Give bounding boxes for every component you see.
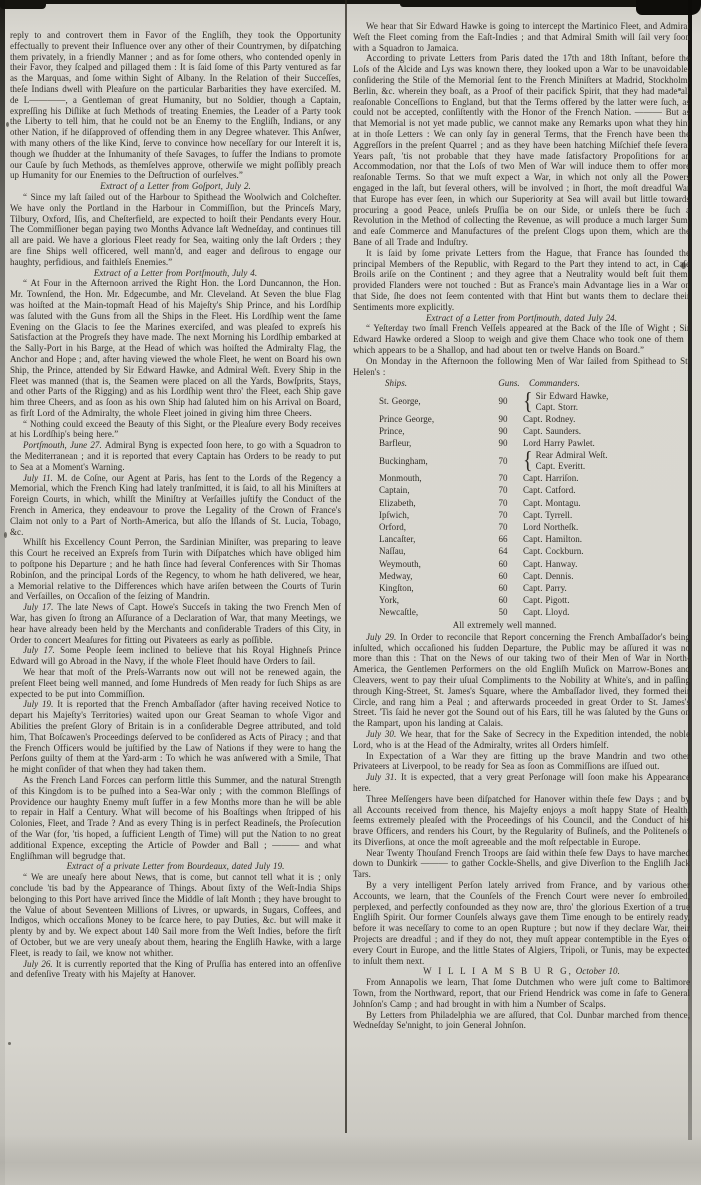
paragraph: In Expectation of a War they are fitting… — [353, 751, 690, 773]
ship-name: Medway, — [353, 571, 483, 582]
commander-lines: Lord Northeſk. — [523, 522, 578, 533]
commander-name: Capt. Everitt. — [536, 461, 608, 472]
commander-name: Capt. Parry. — [523, 583, 567, 594]
paragraph: We hear that moſt of the Preſs-Warrants … — [10, 667, 341, 699]
ship-name: Orford, — [353, 522, 483, 533]
letter-extract-heading: Extract of a Letter from Portſmouth, dat… — [353, 313, 690, 324]
commander-lines: Capt. Lloyd. — [523, 607, 569, 618]
commander-lines: Capt. Tyrrell. — [523, 510, 572, 521]
scan-edge-left — [0, 0, 5, 1185]
paragraph: July 19. It is reported that the French … — [10, 699, 341, 775]
paragraph: July 17. The late News of Capt. Howe's S… — [10, 602, 341, 645]
brace-glyph: { — [523, 449, 533, 473]
scan-blob-top-left — [0, 0, 46, 9]
table-row: Monmouth,70Capt. Harriſon. — [353, 473, 690, 484]
ship-guns: 90 — [483, 426, 523, 437]
letter-extract-heading: Extract of a private Letter from Bourdea… — [10, 861, 341, 872]
commanders-column-header: Commanders. — [529, 378, 690, 389]
ship-name: Lancaſter, — [353, 534, 483, 545]
ship-commanders: Capt. Cockburn. — [523, 546, 690, 557]
commander-lines: Capt. Parry. — [523, 583, 567, 594]
table-row: Newcaſtle,50Capt. Lloyd. — [353, 607, 690, 618]
table-row: Prince,90Capt. Saunders. — [353, 426, 690, 437]
commander-name: Lord Harry Pawlet. — [523, 438, 595, 449]
commander-name: Capt. Pigott. — [523, 595, 570, 606]
ship-guns: 70 — [483, 485, 523, 496]
commander-lines: Capt. Hamilton. — [523, 534, 582, 545]
paragraph: It is ſaid by ſome private Letters from … — [353, 248, 690, 313]
ship-name: Prince George, — [353, 414, 483, 425]
ship-guns: 70 — [483, 522, 523, 533]
commander-lines: Lord Harry Pawlet. — [523, 438, 595, 449]
date-lead: July 19. — [23, 699, 57, 709]
newspaper-page: reply to and controvert them in Favor of… — [0, 0, 701, 1185]
commander-lines: Capt. Harriſon. — [523, 473, 579, 484]
commander-name: Sir Edward Hawke, — [536, 391, 609, 402]
ship-commanders: {Rear Admiral Weſt.Capt. Everitt. — [523, 450, 690, 472]
ship-name: York, — [353, 595, 483, 606]
ship-guns: 90 — [483, 396, 523, 407]
ship-name: Barfleur, — [353, 438, 483, 449]
letter-extract-heading: Extract of a Letter from Portſmouth, Jul… — [10, 268, 341, 279]
ship-guns: 70 — [483, 510, 523, 521]
left-column: reply to and controvert them in Favor of… — [10, 30, 341, 980]
table-row: York,60Capt. Pigott. — [353, 595, 690, 606]
paragraph: July 11. M. de Coſne, our Agent at Paris… — [10, 473, 341, 538]
table-row: Prince George,90Capt. Rodney. — [353, 414, 690, 425]
table-header-row: Ships.Guns.Commanders. — [353, 378, 690, 389]
commander-lines: Capt. Hanway. — [523, 559, 577, 570]
ship-guns: 60 — [483, 571, 523, 582]
paragraph: “ Nothing could exceed the Beauty of thi… — [10, 419, 341, 441]
commander-name: Capt. Lloyd. — [523, 607, 569, 618]
commander-name: Capt. Hamilton. — [523, 534, 582, 545]
table-row: Buckingham,70{Rear Admiral Weſt.Capt. Ev… — [353, 450, 690, 472]
ship-name: Captain, — [353, 485, 483, 496]
paragraph: “ Yeſterday two ſmall French Veſſels app… — [353, 323, 690, 355]
ship-commanders: Lord Northeſk. — [523, 522, 690, 533]
ship-guns: 60 — [483, 559, 523, 570]
paragraph: July 29. In Order to reconcile that Repo… — [353, 632, 690, 729]
scan-shadow-bottom — [0, 1135, 701, 1185]
commander-name: Capt. Catford. — [523, 485, 576, 496]
ship-guns: 90 — [483, 438, 523, 449]
paragraph: Three Meſſengers have been diſpatched fo… — [353, 794, 690, 848]
table-row: Weymouth,60Capt. Hanway. — [353, 559, 690, 570]
commander-name: Rear Admiral Weſt. — [536, 450, 608, 461]
commander-lines: Capt. Dennis. — [523, 571, 574, 582]
ship-commanders: Capt. Saunders. — [523, 426, 690, 437]
commander-name: Capt. Harriſon. — [523, 473, 579, 484]
ship-commanders: Capt. Rodney. — [523, 414, 690, 425]
paragraph: From Annapolis we learn, That ſome Dutch… — [353, 977, 690, 1009]
commander-lines: Capt. Catford. — [523, 485, 576, 496]
ship-commanders: Capt. Catford. — [523, 485, 690, 496]
ship-name: Naſſau, — [353, 546, 483, 557]
date-lead: July 11. — [23, 473, 57, 483]
ship-guns: 60 — [483, 583, 523, 594]
ship-name: Kingſton, — [353, 583, 483, 594]
paragraph: July 31. It is expected, that a very gre… — [353, 772, 690, 794]
dateline-date: October 10. — [573, 966, 620, 976]
ship-commanders: Capt. Dennis. — [523, 571, 690, 582]
date-lead: July 31. — [366, 772, 401, 782]
paragraph: Whilſt his Excellency Count Perron, the … — [10, 537, 341, 602]
ship-commanders: Capt. Lloyd. — [523, 607, 690, 618]
ship-commanders: Capt. Harriſon. — [523, 473, 690, 484]
commander-name: Capt. Rodney. — [523, 414, 575, 425]
paragraph: July 17. Some People ſeem inclined to be… — [10, 645, 341, 667]
paragraph: July 26. It is currently reported that t… — [10, 959, 341, 981]
ship-commanders: Lord Harry Pawlet. — [523, 438, 690, 449]
date-lead: July 17. — [23, 645, 60, 655]
date-lead: July 26. — [23, 959, 56, 969]
ship-guns: 90 — [483, 414, 523, 425]
ship-commanders: Capt. Montagu. — [523, 498, 690, 509]
ship-guns: 50 — [483, 607, 523, 618]
commander-name: Lord Northeſk. — [523, 522, 578, 533]
commander-lines: Capt. Cockburn. — [523, 546, 584, 557]
table-row: Ipſwich,70Capt. Tyrrell. — [353, 510, 690, 521]
table-row: Lancaſter,66Capt. Hamilton. — [353, 534, 690, 545]
ship-name: Buckingham, — [353, 456, 483, 467]
table-row: Kingſton,60Capt. Parry. — [353, 583, 690, 594]
table-footer: All extremely well manned. — [353, 620, 690, 631]
ship-guns: 66 — [483, 534, 523, 545]
ship-name: Ipſwich, — [353, 510, 483, 521]
commander-lines: Capt. Montagu. — [523, 498, 581, 509]
ship-commanders: Capt. Pigott. — [523, 595, 690, 606]
table-row: Orford,70Lord Northeſk. — [353, 522, 690, 533]
ship-commanders: Capt. Tyrrell. — [523, 510, 690, 521]
ship-name: Weymouth, — [353, 559, 483, 570]
paragraph: Portſmouth, June 27. Admiral Byng is exp… — [10, 440, 341, 472]
ship-name: Monmouth, — [353, 473, 483, 484]
ink-speck — [8, 1042, 11, 1045]
ship-commanders: {Sir Edward Hawke,Capt. Storr. — [523, 391, 690, 413]
paragraph: “ Since my laſt ſailed out of the Harbou… — [10, 192, 341, 268]
column-divider — [345, 0, 347, 1133]
commander-lines: Sir Edward Hawke,Capt. Storr. — [536, 391, 609, 413]
dateline-place: W I L L I A M S B U R G, — [423, 966, 573, 976]
paragraph: By a very intelligent Perſon lately arri… — [353, 880, 690, 966]
ship-commanders: Capt. Hanway. — [523, 559, 690, 570]
letter-extract-heading: Extract of a Letter from Goſport, July 2… — [10, 181, 341, 192]
date-lead: July 30. — [366, 729, 400, 739]
date-lead: Portſmouth, June 27. — [23, 440, 105, 450]
commander-name: Capt. Hanway. — [523, 559, 577, 570]
paragraph: Near Twenty Thouſand French Troops are ſ… — [353, 848, 690, 880]
table-row: Elizabeth,70Capt. Montagu. — [353, 498, 690, 509]
ships-column-header: Ships. — [353, 378, 489, 389]
commander-lines: Capt. Rodney. — [523, 414, 575, 425]
table-row: St. George,90{Sir Edward Hawke,Capt. Sto… — [353, 391, 690, 413]
ship-guns: 70 — [483, 498, 523, 509]
ink-speck — [6, 122, 9, 127]
commander-name: Capt. Tyrrell. — [523, 510, 572, 521]
ship-commanders: Capt. Parry. — [523, 583, 690, 594]
commander-name: Capt. Dennis. — [523, 571, 574, 582]
table-row: Captain,70Capt. Catford. — [353, 485, 690, 496]
ship-name: St. George, — [353, 396, 483, 407]
ships-of-war-table: Ships.Guns.Commanders.St. George,90{Sir … — [353, 378, 690, 630]
paragraph: By Letters from Philadelphia we are aſſu… — [353, 1010, 690, 1032]
right-column: We hear that Sir Edward Hawke is going t… — [353, 21, 690, 1031]
commander-lines: Capt. Pigott. — [523, 595, 570, 606]
ship-guns: 70 — [483, 456, 523, 467]
paragraph: July 30. We hear, that for the Sake of S… — [353, 729, 690, 751]
paragraph: As the French Land Forces can perform li… — [10, 775, 341, 861]
commander-name: Capt. Storr. — [536, 402, 609, 413]
commander-name: Capt. Saunders. — [523, 426, 581, 437]
ship-guns: 60 — [483, 595, 523, 606]
ink-speck — [4, 532, 7, 538]
paragraph: “ At Four in the Afternoon arrived the R… — [10, 278, 341, 418]
brace-glyph: { — [523, 390, 533, 414]
paragraph: We hear that Sir Edward Hawke is going t… — [353, 21, 690, 53]
commander-name: Capt. Montagu. — [523, 498, 581, 509]
ship-guns: 64 — [483, 546, 523, 557]
dateline: W I L L I A M S B U R G, October 10. — [353, 966, 690, 977]
ship-name: Newcaſtle, — [353, 607, 483, 618]
commander-name: Capt. Cockburn. — [523, 546, 584, 557]
paragraph: “ We are uneaſy here about News, that is… — [10, 872, 341, 958]
commander-lines: Rear Admiral Weſt.Capt. Everitt. — [536, 450, 608, 472]
commander-lines: Capt. Saunders. — [523, 426, 581, 437]
date-lead: July 17. — [23, 602, 57, 612]
paragraph: On Monday in the Afternoon the following… — [353, 356, 690, 378]
table-row: Medway,60Capt. Dennis. — [353, 571, 690, 582]
paragraph: reply to and controvert them in Favor of… — [10, 30, 341, 181]
table-row: Barfleur,90Lord Harry Pawlet. — [353, 438, 690, 449]
ship-commanders: Capt. Hamilton. — [523, 534, 690, 545]
ship-guns: 70 — [483, 473, 523, 484]
paragraph: According to private Letters from Paris … — [353, 53, 690, 247]
table-row: Naſſau,64Capt. Cockburn. — [353, 546, 690, 557]
ship-name: Prince, — [353, 426, 483, 437]
ship-name: Elizabeth, — [353, 498, 483, 509]
date-lead: July 29. — [366, 632, 400, 642]
